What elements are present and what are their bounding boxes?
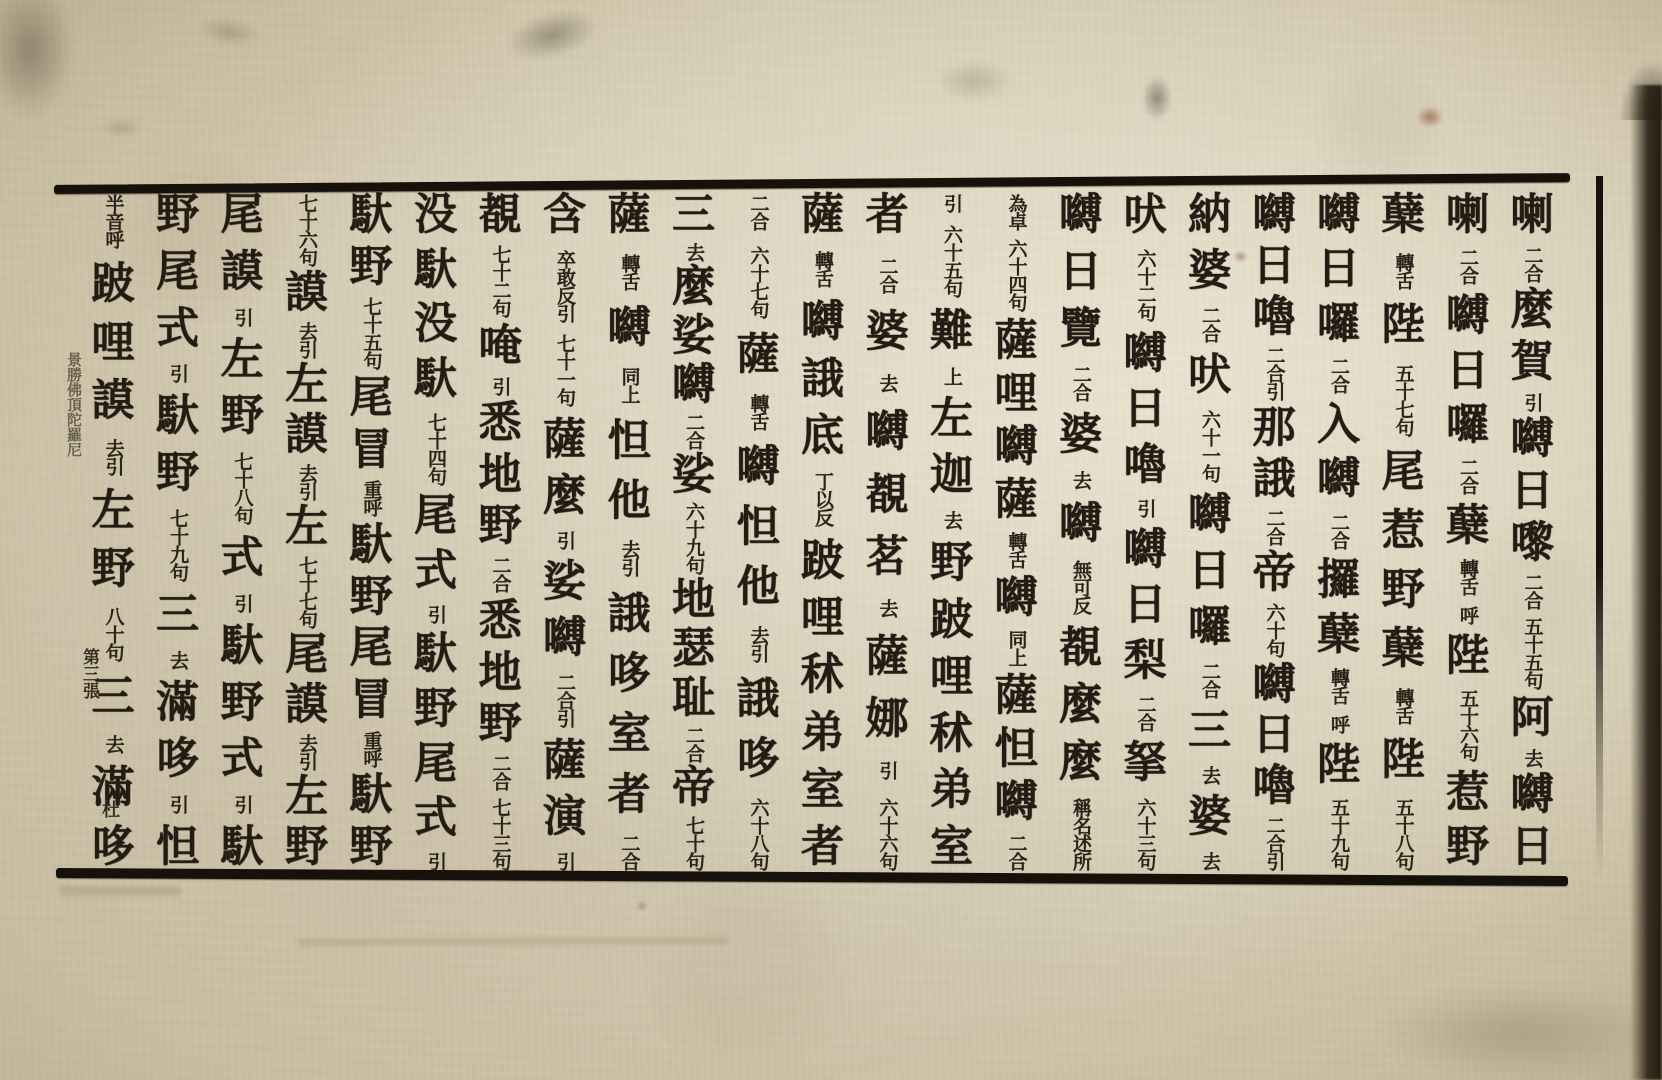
glyph-large: 瑟 <box>672 628 715 672</box>
text-column-12: 薩轉舌嚩誐底丁以反跛哩秫弟室者 <box>792 194 854 870</box>
glyph-large: 尾 <box>221 194 264 238</box>
glyph-large: 攞 <box>1317 559 1360 603</box>
annotation-small: 七十六句 <box>297 194 316 266</box>
annotation-small: 二合 <box>878 257 897 293</box>
glyph-large: 哩 <box>995 373 1038 417</box>
annotation-small: 卒敢反引 <box>555 250 574 322</box>
glyph-large: 馱 <box>350 194 393 238</box>
glyph-large: 難 <box>930 310 973 354</box>
annotation-small: 去 <box>1200 766 1219 784</box>
glyph-large: 馱 <box>221 625 264 669</box>
glyph-large: 野 <box>930 542 973 586</box>
glyph-large: 三 <box>156 594 199 638</box>
annotation-small: 引 <box>233 795 252 813</box>
text-column-2: 喇二合嚩日囉二合蘖轉舌呼陛五十六句惹野 <box>1437 194 1499 870</box>
annotation-small: 去引 <box>297 734 316 770</box>
annotation-small: 二合 <box>1200 662 1219 698</box>
glyph-large: 婆 <box>1188 796 1231 840</box>
glyph-large: 嚕 <box>1253 296 1296 340</box>
glyph-large: 跛 <box>801 540 844 584</box>
glyph-large: 者 <box>801 826 844 870</box>
glyph-large: 左 <box>930 398 973 442</box>
glyph-large: 野 <box>156 194 199 238</box>
glyph-large: 式 <box>414 550 457 594</box>
glyph-large: 尾 <box>350 377 393 421</box>
annotation-small: 二合 <box>1329 513 1348 549</box>
glyph-large: 左 <box>92 490 135 534</box>
text-column-14: 三去麼娑嚩二合娑六十九句地瑟耻二合帝七十句 <box>663 194 725 870</box>
glyph-large: 三 <box>1188 710 1231 754</box>
glyph-large: 底 <box>801 415 844 459</box>
glyph-large: 尾 <box>414 495 457 539</box>
annotation-small: 六十五句 <box>942 225 961 297</box>
glyph-large: 吠 <box>1188 354 1231 398</box>
glyph-large: 式 <box>221 738 264 782</box>
glyph-large: 馱 <box>221 826 264 870</box>
glyph-large: 哆 <box>92 826 135 870</box>
glyph-large: 滿 <box>156 682 199 726</box>
glyph-large: 麼 <box>1059 741 1102 785</box>
annotation-small: 五十九句 <box>1329 798 1348 870</box>
glyph-large: 謨 <box>285 272 328 316</box>
glyph-large: 蘖 <box>1446 505 1489 549</box>
text-column-7: 吠六十二句嚩日嚕引嚩日梨二合拏六十三句 <box>1114 194 1176 870</box>
annotation-small: 去引 <box>297 464 316 500</box>
glyph-large: 謨 <box>92 380 135 424</box>
annotation-small: 重呼 <box>362 731 381 767</box>
glyph-large: 唵 <box>479 325 522 369</box>
glyph-large: 馱 <box>414 633 457 677</box>
annotation-small: 去 <box>1523 749 1542 767</box>
text-column-21: 尾謨引左野七十八句式引馱野式引馱 <box>211 194 273 870</box>
glyph-large: 嚩 <box>1253 194 1296 238</box>
glyph-large: 野 <box>221 395 264 439</box>
glyph-large: 惹 <box>1382 510 1425 554</box>
annotation-small: 二合引 <box>1265 346 1284 400</box>
text-column-16: 含卒敢反引七十一句薩麼引娑嚩二合引薩演引 <box>534 194 596 870</box>
glyph-large: 日 <box>1124 388 1167 432</box>
glyph-large: 謨 <box>285 414 328 458</box>
corner-shadow <box>0 0 75 120</box>
annotation-small: 去 <box>878 374 897 392</box>
annotation-small: 二合 <box>1329 357 1348 393</box>
annotation-small: 二合 <box>1200 306 1219 342</box>
glyph-large: 冒 <box>350 679 393 723</box>
glyph-large: 野 <box>350 576 393 620</box>
annotation-small: 七十四句 <box>426 413 445 485</box>
text-column-19: 馱野七十五句尾冒重呼馱野尾冒重呼馱野 <box>340 194 402 870</box>
glyph-large: 馱 <box>414 249 457 293</box>
glyph-large: 野 <box>479 703 522 747</box>
text-column-9: 為卓六十四句薩哩嚩薩轉舌嚩同上薩怛嚩二合 <box>985 194 1047 870</box>
annotation-small: 無可反 <box>1071 560 1090 614</box>
annotation-small: 二合 <box>1136 695 1155 731</box>
glyph-large: 哩 <box>930 656 973 700</box>
glyph-large: 哩 <box>92 322 135 366</box>
glyph-large: 冒 <box>350 429 393 473</box>
glyph-large: 誐 <box>608 593 651 637</box>
glyph-large: 日 <box>1317 248 1360 292</box>
glyph-large: 嚩 <box>1124 333 1167 377</box>
text-column-11: 者二合婆去嚩覩茗去薩娜引六十六句 <box>856 194 918 870</box>
glyph-large: 嚩 <box>866 411 909 455</box>
glyph-large: 蘖 <box>1382 628 1425 672</box>
glyph-large: 娑 <box>672 315 715 359</box>
glyph-large: 誐 <box>1253 458 1296 502</box>
margin-scripture-title: 景勝佛頂陀羅尼 <box>66 352 81 457</box>
glyph-large: 嚕 <box>1124 444 1167 488</box>
annotation-small: 轉舌 <box>1394 253 1413 289</box>
glyph-large: 覩 <box>866 474 909 518</box>
annotation-small: 轉舌 <box>1329 668 1348 704</box>
glyph-large: 嚩 <box>1511 418 1554 462</box>
annotation-small: 六十三句 <box>1136 798 1155 870</box>
annotation-small: 引 <box>491 377 510 395</box>
glyph-large: 尾 <box>156 251 199 295</box>
text-column-1: 喇二合麼賀引嚩日嚟二合五十五句阿去嚩日 <box>1501 194 1563 870</box>
glyph-large: 野 <box>156 452 199 496</box>
glyph-large: 尾 <box>285 634 328 678</box>
annotation-small: 去 <box>942 511 961 529</box>
glyph-large: 拏 <box>1124 742 1167 786</box>
margin-sheet-number: 第三張 <box>80 648 97 699</box>
glyph-large: 日 <box>1511 826 1554 870</box>
glyph-large: 覩 <box>479 194 522 238</box>
glyph-large: 謨 <box>221 251 264 295</box>
annotation-small: 去 <box>684 243 703 261</box>
glyph-large: 喇 <box>1446 194 1489 238</box>
glyph-large: 吠 <box>1124 194 1167 238</box>
glyph-large: 陛 <box>1446 635 1489 679</box>
annotation-small: 引 <box>1136 499 1155 517</box>
glyph-large: 茗 <box>866 536 909 580</box>
glyph-large: 室 <box>801 769 844 813</box>
glyph-large: 蘖 <box>1382 194 1425 238</box>
glyph-large: 嚩 <box>1059 194 1102 238</box>
glyph-large: 室 <box>930 826 973 870</box>
glyph-large: 他 <box>608 480 651 524</box>
annotation-small: 二合 <box>1458 248 1477 284</box>
glyph-large: 帝 <box>1253 552 1296 596</box>
glyph-large: 他 <box>737 566 780 610</box>
paper-right-edge-shadow <box>1630 85 1662 1080</box>
text-column-18: 没馱没馱七十四句尾式引馱野尾式引 <box>405 194 467 870</box>
annotation-small: 六十六句 <box>878 798 897 870</box>
annotation-small: 二合 <box>749 194 768 230</box>
annotation-small: 轉舌 <box>1458 559 1477 595</box>
glyph-large: 蘖 <box>1317 614 1360 658</box>
annotation-small: 引 <box>168 795 187 813</box>
glyph-large: 薩 <box>737 334 780 378</box>
glyph-large: 嚩 <box>995 426 1038 470</box>
annotation-small: 二合 <box>1523 573 1542 609</box>
glyph-large: 嚟 <box>1511 522 1554 566</box>
red-brown-stain <box>1416 106 1444 128</box>
annotation-small: 六十七句 <box>749 246 768 318</box>
text-column-23: 半音呼跛哩謨去引左野八十句三去滿哆 <box>82 194 144 870</box>
glyph-large: 含 <box>543 194 586 238</box>
glyph-large: 室 <box>608 713 651 757</box>
glyph-large: 野 <box>414 688 457 732</box>
glyph-large: 三 <box>672 194 715 238</box>
glyph-large: 地 <box>672 579 715 623</box>
glyph-large: 馱 <box>156 395 199 439</box>
annotation-small: 去引 <box>104 439 123 475</box>
annotation-small: 引 <box>878 761 897 779</box>
annotation-small: 二合 <box>1007 834 1026 870</box>
ink-smudge <box>935 60 1015 102</box>
glyph-large: 日 <box>1253 714 1296 758</box>
glyph-large: 日 <box>1253 245 1296 289</box>
text-column-15: 薩轉舌嚩同上怛他去引誐哆室者二合 <box>598 194 660 870</box>
annotation-small: 引 <box>168 364 187 382</box>
glyph-large: 哆 <box>608 653 651 697</box>
glyph-large: 帝 <box>672 767 715 811</box>
annotation-small: 去 <box>878 599 897 617</box>
paper-crease <box>60 886 180 896</box>
glyph-large: 跛 <box>92 263 135 307</box>
glyph-large: 嚩 <box>1059 503 1102 547</box>
annotation-small: 引 <box>426 852 445 870</box>
glyph-large: 馱 <box>350 524 393 568</box>
glyph-large: 哆 <box>737 738 780 782</box>
annotation-small: 二合 <box>1265 509 1284 545</box>
annotation-small: 去 <box>104 735 123 753</box>
annotation-small: 二合 <box>684 413 703 449</box>
text-column-10: 引六十五句難上左迦去野跛哩秫弟室 <box>921 194 983 870</box>
glyph-large: 嚩 <box>1188 494 1231 538</box>
text-column-17: 覩七十二句唵引悉地野二合悉地野二合七十三句 <box>469 194 531 870</box>
annotation-small: 去引 <box>620 540 639 576</box>
glyph-large: 陛 <box>1317 744 1360 788</box>
annotation-small: 呼 <box>1458 606 1477 624</box>
glyph-large: 薩 <box>995 320 1038 364</box>
annotation-small: 半音呼 <box>104 194 123 248</box>
glyph-large: 麼 <box>1059 684 1102 728</box>
glyph-large: 馱 <box>350 774 393 818</box>
glyph-large: 嚩 <box>672 364 715 408</box>
annotation-small: 八十句 <box>104 607 123 661</box>
text-column-4: 嚩日囉二合入嚩二合攞蘖轉舌呼陛五十九句 <box>1308 194 1370 870</box>
glyph-large: 悉 <box>479 402 522 446</box>
glyph-large: 怛 <box>156 826 199 870</box>
glyph-large: 納 <box>1188 194 1231 238</box>
margin-collator-mark: 杜 <box>96 800 122 818</box>
annotation-small: 六十二句 <box>1136 249 1155 321</box>
text-column-20: 七十六句謨去引左謨去引左七十七句尾謨去引左野 <box>276 194 338 870</box>
glyph-large: 地 <box>479 454 522 498</box>
annotation-small: 引 <box>555 531 574 549</box>
glyph-large: 陛 <box>1382 739 1425 783</box>
glyph-large: 野 <box>92 548 135 592</box>
glyph-large: 嚩 <box>1317 458 1360 502</box>
glyph-large: 嚩 <box>608 307 651 351</box>
glyph-large: 尾 <box>414 743 457 787</box>
glyph-large: 嚩 <box>1317 194 1360 238</box>
annotation-small: 同上 <box>620 367 639 403</box>
text-column-5: 嚩日嚕二合引那誐二合帝六十句嚩日嚕二合引 <box>1243 194 1305 870</box>
annotation-small: 去引 <box>749 626 768 662</box>
annotation-small: 七十九句 <box>168 509 187 581</box>
annotation-small: 二合 <box>620 834 639 870</box>
sutra-page: 喇二合麼賀引嚩日嚟二合五十五句阿去嚩日喇二合嚩日囉二合蘖轉舌呼陛五十六句惹野蘖轉… <box>0 0 1662 1080</box>
annotation-small: 稱名述所 <box>1071 798 1090 870</box>
annotation-small: 引 <box>233 594 252 612</box>
annotation-small: 去 <box>168 651 187 669</box>
glyph-large: 誐 <box>801 358 844 402</box>
text-column-6: 納婆二合吠六十一句嚩日囉二合三去婆去 <box>1179 194 1241 870</box>
glyph-large: 秫 <box>801 654 844 698</box>
text-column-3: 蘖轉舌陛五十七句尾惹野蘖轉舌陛五十八句 <box>1372 194 1434 870</box>
glyph-large: 尾 <box>350 627 393 671</box>
ink-smudge <box>1142 76 1172 120</box>
glyph-large: 嚩 <box>543 617 586 661</box>
glyph-large: 左 <box>285 776 328 820</box>
glyph-large: 哆 <box>156 738 199 782</box>
glyph-large: 麼 <box>672 266 715 310</box>
glyph-large: 嚩 <box>1446 295 1489 339</box>
glyph-large: 婆 <box>1059 414 1102 458</box>
annotation-small: 引 <box>233 308 252 326</box>
glyph-large: 者 <box>866 194 909 238</box>
glyph-large: 嚕 <box>1253 765 1296 809</box>
glyph-large: 嚩 <box>801 301 844 345</box>
annotation-small: 重呼 <box>362 480 381 516</box>
glyph-large: 覩 <box>1059 627 1102 671</box>
annotation-small: 引 <box>426 605 445 623</box>
ink-smudge <box>194 14 263 51</box>
annotation-small: 二合引 <box>555 673 574 727</box>
glyph-large: 囉 <box>1317 303 1360 347</box>
glyph-large: 耻 <box>672 677 715 721</box>
glyph-large: 賀 <box>1511 341 1554 385</box>
text-column-22: 野尾式引馱野七十九句三去滿哆引怛 <box>147 194 209 870</box>
annotation-small: 二合 <box>1071 365 1090 401</box>
glyph-large: 娜 <box>866 698 909 742</box>
glyph-large: 秫 <box>930 713 973 757</box>
glyph-large: 式 <box>156 308 199 352</box>
annotation-small: 二合 <box>1458 458 1477 494</box>
glyph-large: 哩 <box>801 597 844 641</box>
glyph-large: 野 <box>479 505 522 549</box>
annotation-small: 六十八句 <box>749 798 768 870</box>
glyph-large: 嚩 <box>737 446 780 490</box>
ink-smudge <box>501 1 604 69</box>
annotation-small: 六十四句 <box>1007 239 1026 311</box>
glyph-large: 野 <box>285 826 328 870</box>
glyph-large: 謨 <box>285 684 328 728</box>
annotation-small: 七十三句 <box>491 798 510 870</box>
glyph-large: 婆 <box>866 311 909 355</box>
annotation-small: 呼 <box>1329 715 1348 733</box>
glyph-large: 嚩 <box>1511 774 1554 818</box>
annotation-small: 二合 <box>1523 246 1542 282</box>
annotation-small: 六十九句 <box>684 502 703 574</box>
glyph-large: 怛 <box>737 506 780 550</box>
glyph-large: 嚩 <box>1253 664 1296 708</box>
glyph-large: 日 <box>1059 251 1102 295</box>
glyph-large: 野 <box>350 826 393 870</box>
glyph-large: 嚩 <box>995 781 1038 825</box>
annotation-small: 轉舌 <box>1394 688 1413 724</box>
annotation-small: 七十八句 <box>233 452 252 524</box>
annotation-small: 同上 <box>1007 630 1026 666</box>
annotation-small: 為卓 <box>1007 194 1026 230</box>
glyph-large: 誐 <box>737 678 780 722</box>
annotation-small: 五十八句 <box>1394 798 1413 870</box>
glyph-large: 左 <box>221 339 264 383</box>
glyph-large: 薩 <box>608 194 651 238</box>
frame-right-border <box>1596 176 1603 881</box>
annotation-small: 六十一句 <box>1200 410 1219 482</box>
glyph-large: 娑 <box>672 454 715 498</box>
annotation-small: 引 <box>1523 393 1542 411</box>
annotation-small: 六十句 <box>1265 603 1284 657</box>
glyph-large: 左 <box>285 506 328 550</box>
annotation-small: 轉舌 <box>1007 532 1026 568</box>
glyph-large: 野 <box>1382 569 1425 613</box>
annotation-small: 去引 <box>297 322 316 358</box>
ink-speck <box>636 900 648 912</box>
glyph-large: 梨 <box>1124 640 1167 684</box>
glyph-large: 日 <box>1124 584 1167 628</box>
annotation-small: 七十句 <box>684 816 703 870</box>
glyph-large: 惹 <box>1446 772 1489 816</box>
annotation-small: 五十七句 <box>1394 364 1413 436</box>
glyph-large: 馱 <box>414 358 457 402</box>
annotation-small: 丁以反 <box>813 472 832 526</box>
annotation-small: 上 <box>942 367 961 385</box>
annotation-small: 去 <box>1200 852 1219 870</box>
annotation-small: 二合引 <box>1265 816 1284 870</box>
annotation-small: 轉舌 <box>813 251 832 287</box>
glyph-large: 那 <box>1253 407 1296 451</box>
glyph-large: 入 <box>1317 404 1360 448</box>
glyph-large: 尾 <box>1382 451 1425 495</box>
glyph-large: 野 <box>1446 826 1489 870</box>
glyph-large: 者 <box>608 774 651 818</box>
glyph-large: 式 <box>414 797 457 841</box>
glyph-large: 地 <box>479 652 522 696</box>
annotation-small: 轉舌 <box>749 394 768 430</box>
glyph-large: 薩 <box>995 675 1038 719</box>
corner-discoloration <box>1375 985 1662 1080</box>
annotation-small: 引 <box>555 852 574 870</box>
annotation-small: 七十五句 <box>362 297 381 369</box>
glyph-large: 陛 <box>1382 304 1425 348</box>
annotation-small: 轉舌 <box>620 254 639 290</box>
annotation-small: 七十七句 <box>297 556 316 628</box>
glyph-large: 演 <box>543 796 586 840</box>
annotation-small: 七十二句 <box>491 245 510 317</box>
paper-crease <box>298 937 728 946</box>
glyph-large: 没 <box>414 303 457 347</box>
glyph-large: 麼 <box>543 475 586 519</box>
annotation-small: 去 <box>1071 471 1090 489</box>
glyph-large: 怛 <box>995 728 1038 772</box>
glyph-large: 悉 <box>479 600 522 644</box>
annotation-small: 二合 <box>491 556 510 592</box>
glyph-large: 日 <box>1511 470 1554 514</box>
glyph-large: 薩 <box>543 740 586 784</box>
glyph-large: 喇 <box>1511 194 1554 238</box>
glyph-large: 薩 <box>801 194 844 238</box>
glyph-large: 嚩 <box>1124 529 1167 573</box>
glyph-large: 薩 <box>995 479 1038 523</box>
glyph-large: 弟 <box>801 712 844 756</box>
glyph-large: 迦 <box>930 454 973 498</box>
glyph-large: 薩 <box>543 419 586 463</box>
